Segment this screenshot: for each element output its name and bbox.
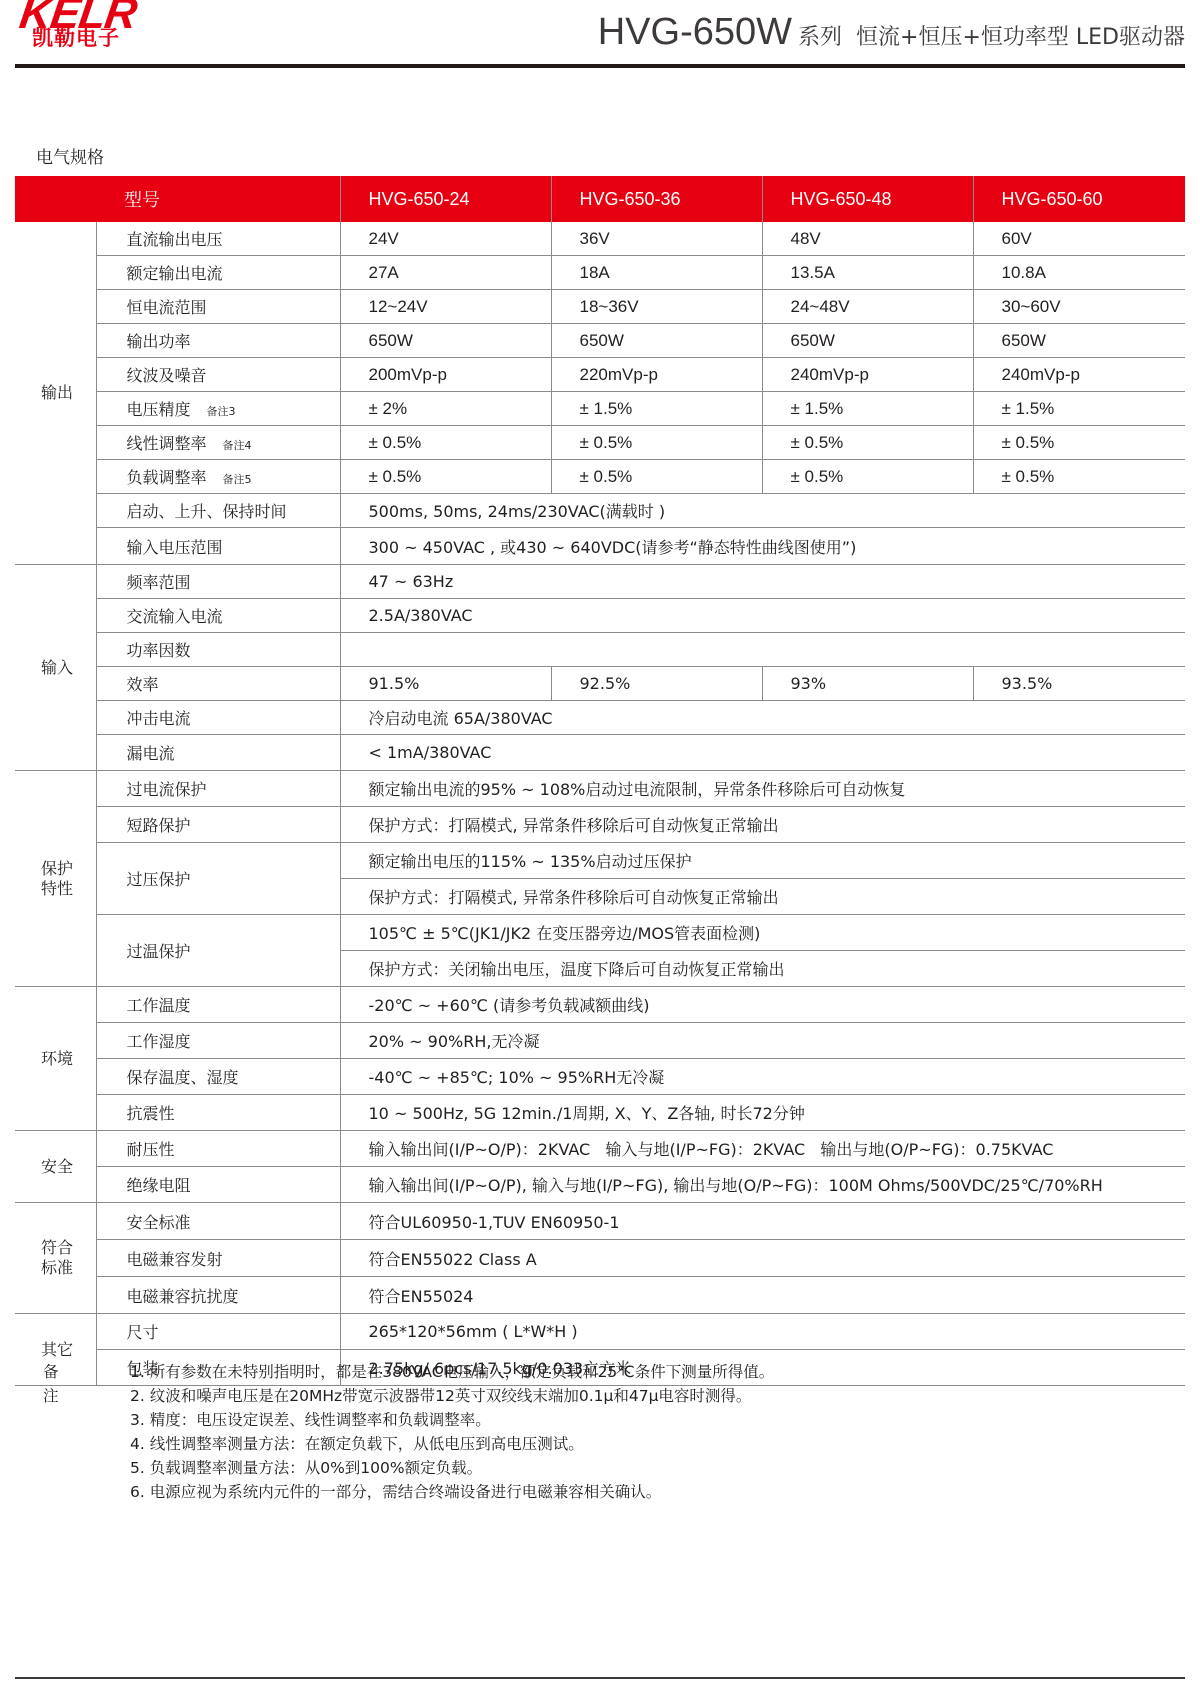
cell: 输入输出间(I/P~O/P), 输入与地(I/P~FG), 输出与地(O/P~F… [340,1167,1185,1203]
cell: 18~36V [551,290,762,324]
cell: ± 0.5% [551,426,762,460]
cell: < 1mA/380VAC [340,735,1185,771]
cell: 额定输出电压的115% ~ 135%启动过压保护 [340,843,1185,879]
table-row: 输出功率 650W 650W 650W 650W [15,324,1185,358]
cell: 12~24V [340,290,551,324]
cell: 240mVp-p [973,358,1185,392]
cell: ± 0.5% [973,426,1185,460]
group-standards: 符合 标准 [15,1203,96,1314]
table-row: 交流输入电流 2.5A/380VAC [15,599,1185,633]
note-item: 4. 线性调整率测量方法：在额定负载下，从低电压到高电压测试。 [130,1432,774,1456]
header-model-2: HVG-650-36 [551,176,762,222]
table-row: 其它 尺寸 265*120*56mm ( L*W*H ) [15,1314,1185,1350]
row-label: 工作温度 [96,987,340,1023]
cell: ± 0.5% [551,460,762,494]
header-model-3: HVG-650-48 [762,176,973,222]
row-label: 短路保护 [96,807,340,843]
row-label: 额定输出电流 [96,256,340,290]
cell: 650W [973,324,1185,358]
notes-list: 1. 所有参数在未特别指明时，都是在380VAC电压输入，额定负载和25℃条件下… [130,1360,774,1504]
cell: 2.5A/380VAC [340,599,1185,633]
table-row: 功率因数 [15,633,1185,667]
table-row: 安全 耐压性 输入输出间(I/P~O/P)：2KVAC 输入与地(I/P~FG)… [15,1131,1185,1167]
cell: ± 0.5% [762,460,973,494]
cell: 保护方式：打隔模式, 异常条件移除后可自动恢复正常输出 [340,807,1185,843]
row-label: 漏电流 [96,735,340,771]
cell: 27A [340,256,551,290]
cell: 91.5% [340,667,551,701]
row-label: 过电流保护 [96,771,340,807]
cell: 300 ~ 450VAC , 或430 ~ 640VDC(请参考“静态特性曲线图… [340,528,1185,565]
cell: 47 ~ 63Hz [340,565,1185,599]
cell: 10.8A [973,256,1185,290]
table-row: 过压保护 额定输出电压的115% ~ 135%启动过压保护 [15,843,1185,879]
cell: -20℃ ~ +60℃ (请参考负载减额曲线) [340,987,1185,1023]
group-output: 输出 [15,222,96,565]
table-row: 过温保护 105℃ ± 5℃(JK1/JK2 在变压器旁边/MOS管表面检测) [15,915,1185,951]
table-row: 工作湿度 20% ~ 90%RH,无冷凝 [15,1023,1185,1059]
table-row: 绝缘电阻 输入输出间(I/P~O/P), 输入与地(I/P~FG), 输出与地(… [15,1167,1185,1203]
table-row: 短路保护 保护方式：打隔模式, 异常条件移除后可自动恢复正常输出 [15,807,1185,843]
header-blank [15,176,96,222]
cell: ± 2% [340,392,551,426]
table-row: 冲击电流 冷启动电流 65A/380VAC [15,701,1185,735]
note-item: 3. 精度：电压设定误差、线性调整率和负载调整率。 [130,1408,774,1432]
row-label: 启动、上升、保持时间 [96,494,340,528]
cell: 13.5A [762,256,973,290]
table-row: 漏电流 < 1mA/380VAC [15,735,1185,771]
note-item: 1. 所有参数在未特别指明时，都是在380VAC电压输入，额定负载和25℃条件下… [130,1360,774,1384]
note-item: 2. 纹波和噪声电压是在20MHz带宽示波器带12英寸双绞线末端加0.1μ和47… [130,1384,774,1408]
cell: 保护方式：关闭输出电压，温度下降后可自动恢复正常输出 [340,951,1185,987]
cell: 48V [762,222,973,256]
row-label: 纹波及噪音 [96,358,340,392]
cell: 93.5% [973,667,1185,701]
table-row: 环境 工作温度 -20℃ ~ +60℃ (请参考负载减额曲线) [15,987,1185,1023]
row-label: 绝缘电阻 [96,1167,340,1203]
cell: 保护方式：打隔模式, 异常条件移除后可自动恢复正常输出 [340,879,1185,915]
cell: 265*120*56mm ( L*W*H ) [340,1314,1185,1350]
row-label: 恒电流范围 [96,290,340,324]
table-row: 输入 频率范围 47 ~ 63Hz [15,565,1185,599]
cell: 输入输出间(I/P~O/P)：2KVAC 输入与地(I/P~FG)：2KVAC … [340,1131,1185,1167]
table-row: 输出 直流输出电压 24V 36V 48V 60V [15,222,1185,256]
cell: 200mVp-p [340,358,551,392]
cell: 符合EN55024 [340,1277,1185,1314]
cell: 18A [551,256,762,290]
table-row: 保护 特性 过电流保护 额定输出电流的95% ~ 108%启动过电流限制，异常条… [15,771,1185,807]
spec-table: 型号 HVG-650-24 HVG-650-36 HVG-650-48 HVG-… [15,176,1185,1386]
table-row: 恒电流范围 12~24V 18~36V 24~48V 30~60V [15,290,1185,324]
cell: 符合EN55022 Class A [340,1240,1185,1277]
table-row: 抗震性 10 ~ 500Hz, 5G 12min./1周期, X、Y、Z各轴, … [15,1095,1185,1131]
cell: 500ms, 50ms, 24ms/230VAC(满载时 ) [340,494,1185,528]
cell: ± 0.5% [973,460,1185,494]
table-row: 线性调整率备注4 ± 0.5% ± 0.5% ± 0.5% ± 0.5% [15,426,1185,460]
cell: ± 0.5% [340,426,551,460]
cell: 650W [762,324,973,358]
cell: 24V [340,222,551,256]
table-row: 负载调整率备注5 ± 0.5% ± 0.5% ± 0.5% ± 0.5% [15,460,1185,494]
row-label: 过压保护 [96,843,340,915]
row-label: 抗震性 [96,1095,340,1131]
table-row: 输入电压范围 300 ~ 450VAC , 或430 ~ 640VDC(请参考“… [15,528,1185,565]
row-label: 尺寸 [96,1314,340,1350]
row-label: 效率 [96,667,340,701]
row-label-text: 负载调整率 [127,468,207,487]
group-input: 输入 [15,565,96,771]
cell: ± 0.5% [340,460,551,494]
cell: ± 1.5% [551,392,762,426]
cell: 92.5% [551,667,762,701]
row-label: 负载调整率备注5 [96,460,340,494]
footer-divider [15,1677,1185,1679]
row-label: 电磁兼容发射 [96,1240,340,1277]
cell: 60V [973,222,1185,256]
table-row: 电压精度备注3 ± 2% ± 1.5% ± 1.5% ± 1.5% [15,392,1185,426]
cell: 额定输出电流的95% ~ 108%启动过电流限制，异常条件移除后可自动恢复 [340,771,1185,807]
note-item: 6. 电源应视为系统内元件的一部分，需结合终端设备进行电磁兼容相关确认。 [130,1480,774,1504]
header-model-4: HVG-650-60 [973,176,1185,222]
row-label: 耐压性 [96,1131,340,1167]
row-label-text: 电压精度 [127,400,191,419]
table-row: 电磁兼容发射 符合EN55022 Class A [15,1240,1185,1277]
row-label: 安全标准 [96,1203,340,1240]
note-reference: 备注5 [223,473,252,486]
row-label: 频率范围 [96,565,340,599]
section-title: 电气规格 [36,148,104,168]
table-row: 保存温度、湿度 -40℃ ~ +85℃; 10% ~ 95%RH无冷凝 [15,1059,1185,1095]
row-label: 输入电压范围 [96,528,340,565]
cell: 220mVp-p [551,358,762,392]
cell: 36V [551,222,762,256]
row-label: 电压精度备注3 [96,392,340,426]
cell: 105℃ ± 5℃(JK1/JK2 在变压器旁边/MOS管表面检测) [340,915,1185,951]
cell: ± 0.5% [762,426,973,460]
row-label: 功率因数 [96,633,340,667]
cell: 20% ~ 90%RH,无冷凝 [340,1023,1185,1059]
header-model-label: 型号 [96,176,340,222]
note-item: 5. 负载调整率测量方法：从0%到100%额定负载。 [130,1456,774,1480]
cell: -40℃ ~ +85℃; 10% ~ 95%RH无冷凝 [340,1059,1185,1095]
cell: 650W [340,324,551,358]
table-row: 电磁兼容抗扰度 符合EN55024 [15,1277,1185,1314]
cell: 93% [762,667,973,701]
cell: 符合UL60950-1,TUV EN60950-1 [340,1203,1185,1240]
group-protection: 保护 特性 [15,771,96,987]
cell: 24~48V [762,290,973,324]
table-row: 额定输出电流 27A 18A 13.5A 10.8A [15,256,1185,290]
row-label: 输出功率 [96,324,340,358]
logo-chinese-name: 凯勒电子 [32,26,120,50]
header-model-1: HVG-650-24 [340,176,551,222]
row-label: 冲击电流 [96,701,340,735]
table-row: 效率 91.5% 92.5% 93% 93.5% [15,667,1185,701]
table-row: 符合 标准 安全标准 符合UL60950-1,TUV EN60950-1 [15,1203,1185,1240]
table-row: 启动、上升、保持时间 500ms, 50ms, 24ms/230VAC(满载时 … [15,494,1185,528]
cell: 240mVp-p [762,358,973,392]
group-safety: 安全 [15,1131,96,1203]
notes-label: 备注 [43,1360,59,1408]
row-label: 直流输出电压 [96,222,340,256]
row-label: 保存温度、湿度 [96,1059,340,1095]
note-reference: 备注3 [207,405,236,418]
brand-logo: KELR 凯勒电子 [20,0,170,52]
table-header-row: 型号 HVG-650-24 HVG-650-36 HVG-650-48 HVG-… [15,176,1185,222]
row-label: 交流输入电流 [96,599,340,633]
row-label-text: 线性调整率 [127,434,207,453]
row-label: 电磁兼容抗扰度 [96,1277,340,1314]
cell: ± 1.5% [762,392,973,426]
cell [340,633,1185,667]
title-model: HVG-650W [598,11,792,53]
title-description: 恒流+恒压+恒功率型 LED驱动器 [856,25,1185,50]
group-environment: 环境 [15,987,96,1131]
title-series: 系列 [798,25,842,50]
table-row: 纹波及噪音 200mVp-p 220mVp-p 240mVp-p 240mVp-… [15,358,1185,392]
cell: 650W [551,324,762,358]
row-label: 工作湿度 [96,1023,340,1059]
cell: 10 ~ 500Hz, 5G 12min./1周期, X、Y、Z各轴, 时长72… [340,1095,1185,1131]
cell: ± 1.5% [973,392,1185,426]
cell: 30~60V [973,290,1185,324]
page-title: HVG-650W系列恒流+恒压+恒功率型 LED驱动器 [598,10,1185,61]
header-divider [15,64,1185,68]
row-label: 过温保护 [96,915,340,987]
cell: 冷启动电流 65A/380VAC [340,701,1185,735]
note-reference: 备注4 [223,439,252,452]
row-label: 线性调整率备注4 [96,426,340,460]
